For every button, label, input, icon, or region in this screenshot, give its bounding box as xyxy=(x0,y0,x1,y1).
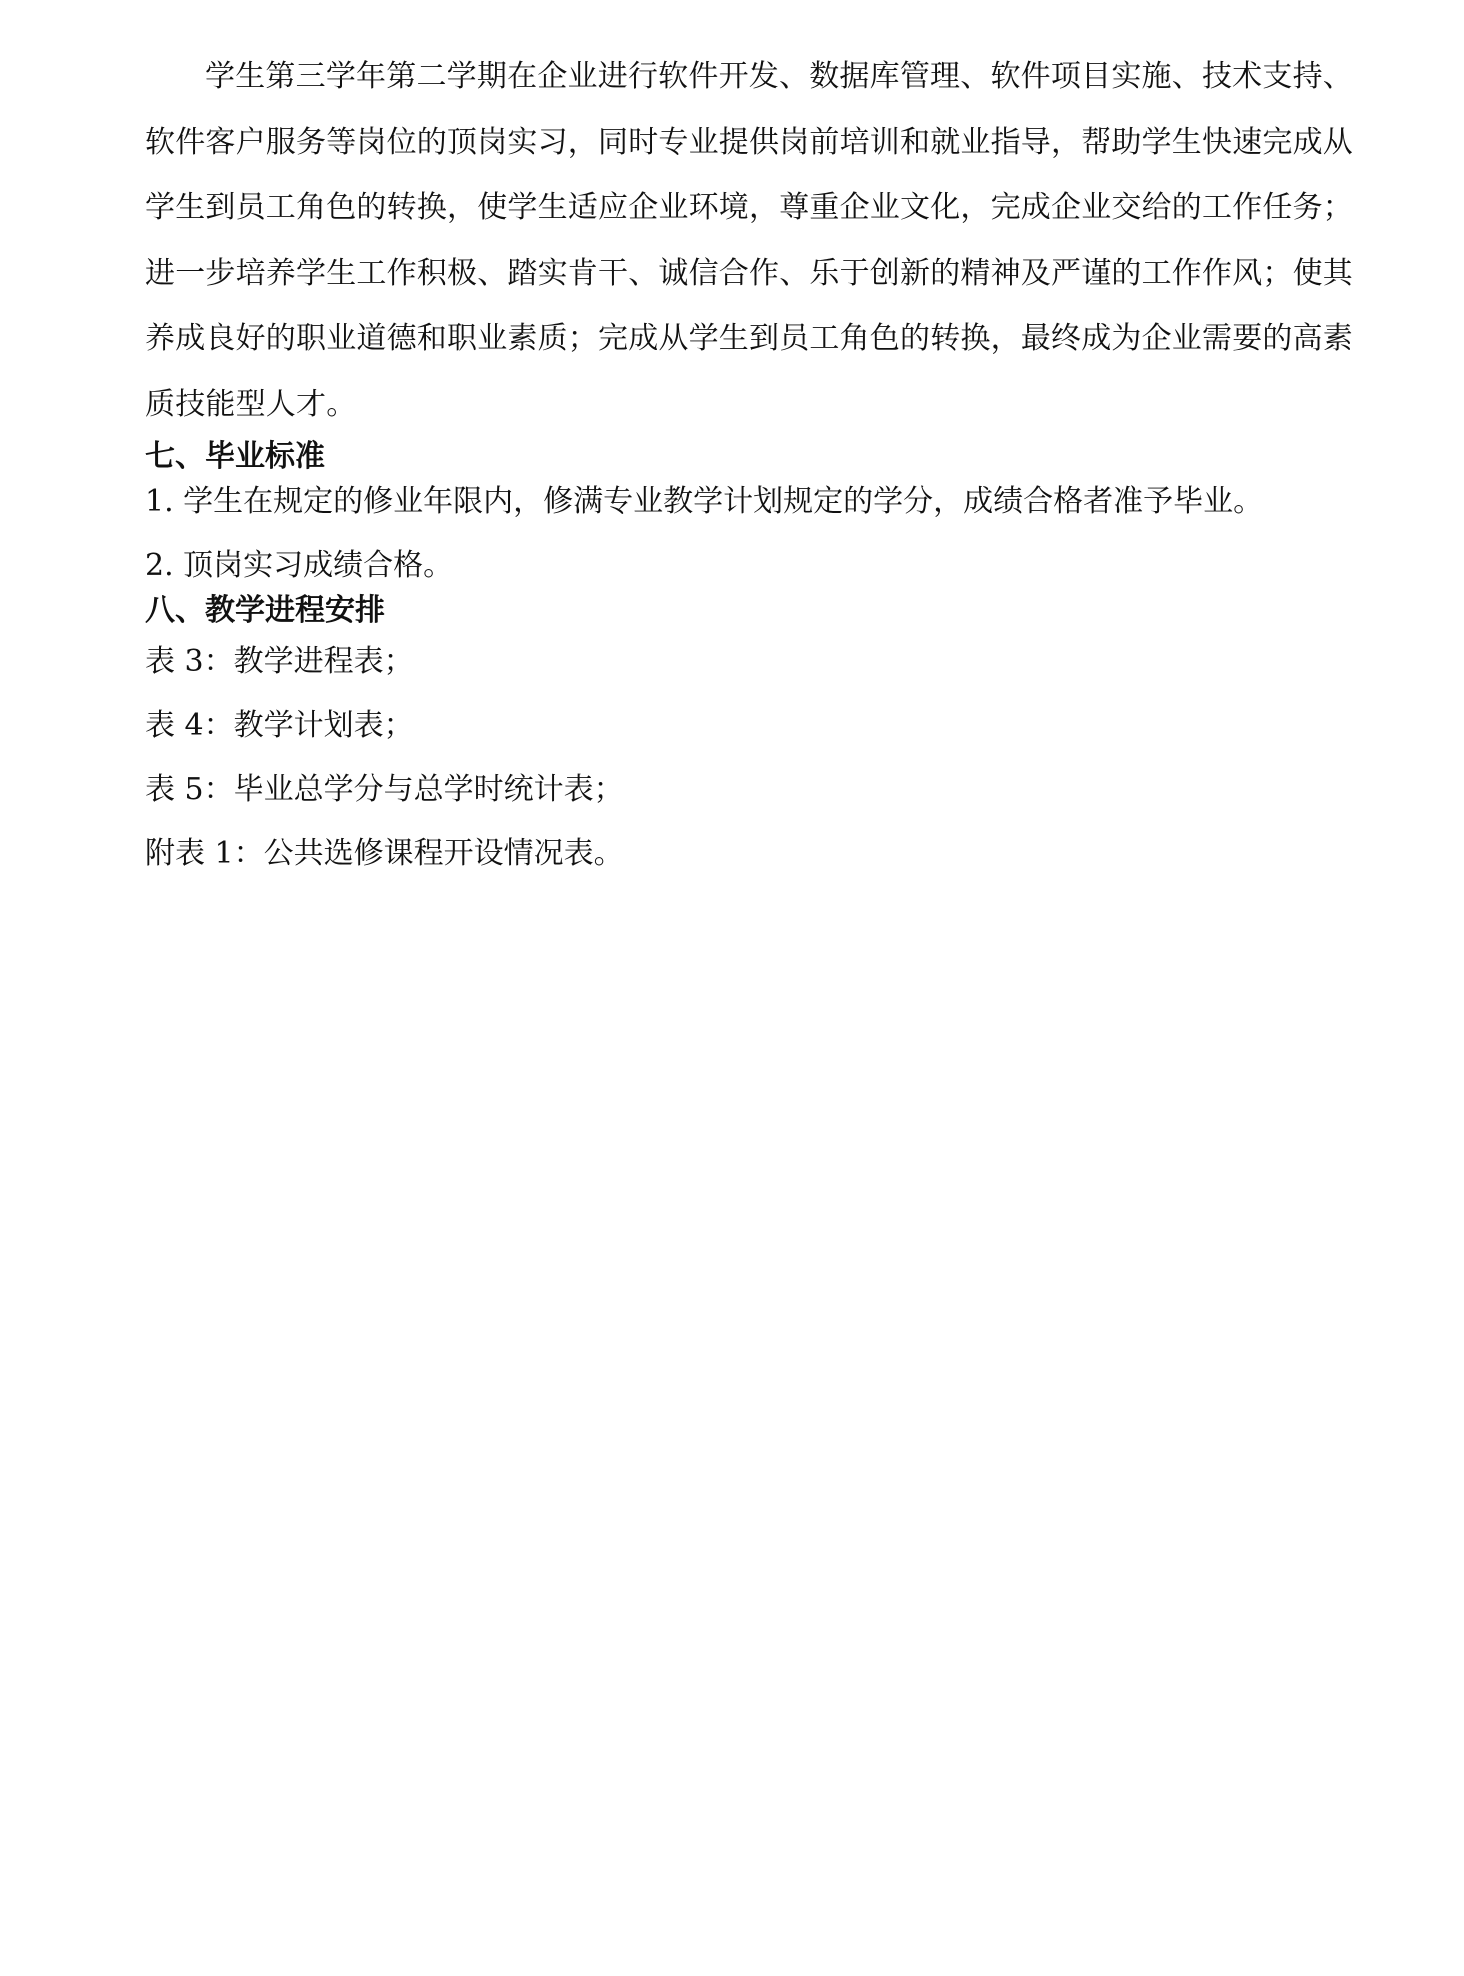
table-reference-item: 表 4：教学计划表； xyxy=(145,701,1353,751)
table-reference-item: 表 5：毕业总学分与总学时统计表； xyxy=(145,765,1353,815)
section-heading-graduation-standards: 七、毕业标准 xyxy=(145,437,1353,477)
graduation-standard-item: 1. 学生在规定的修业年限内，修满专业教学计划规定的学分，成绩合格者准予毕业。 xyxy=(145,477,1353,527)
internship-paragraph: 学生第三学年第二学期在企业进行软件开发、数据库管理、软件项目实施、技术支持、软件… xyxy=(145,44,1353,437)
table-reference-item: 附表 1：公共选修课程开设情况表。 xyxy=(145,829,1353,879)
document-page: 学生第三学年第二学期在企业进行软件开发、数据库管理、软件项目实施、技术支持、软件… xyxy=(145,44,1353,879)
graduation-standard-item: 2. 顶岗实习成绩合格。 xyxy=(145,541,1353,591)
table-reference-item: 表 3：教学进程表； xyxy=(145,637,1353,687)
section-heading-teaching-schedule: 八、教学进程安排 xyxy=(145,591,1353,631)
